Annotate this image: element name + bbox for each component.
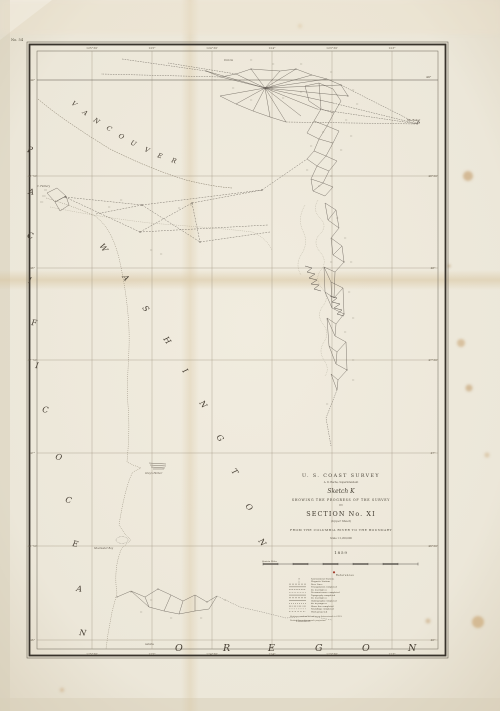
map-label: Gray's Harbor <box>145 472 163 475</box>
map-page: No. 54 49° 125°30'125°124°30'124°123°30'… <box>0 0 500 711</box>
tick-label-top: 124°30' <box>206 46 218 50</box>
map-svg: No. 54 49° 125°30'125°124°30'124°123°30'… <box>0 0 500 711</box>
tick-label-left: 48°30' <box>28 174 38 178</box>
title-showing: SHOWING THE PROGRESS OF THE SURVEY <box>292 498 390 502</box>
legend-row-label: Shore line completed <box>311 605 334 608</box>
plate-number: No. 54 <box>11 38 24 42</box>
title-year: 1859 <box>334 550 347 555</box>
tick-label-bottom: 125°30' <box>86 652 98 656</box>
spread-letter-oregon: R <box>222 643 230 654</box>
map-label: Astoria <box>144 643 154 646</box>
tick-label-top: 123°30' <box>326 46 338 50</box>
spread-letter-pacific: C <box>27 231 34 241</box>
tick-label-right: 48°30' <box>428 174 438 178</box>
legend-title: References <box>336 574 355 577</box>
horizontal-crease <box>0 270 500 290</box>
tick-label-right: 47° <box>430 451 436 455</box>
tick-label-left: 46°30' <box>28 544 38 548</box>
tick-label-right: 47°30' <box>428 358 438 362</box>
legend-row-label: Base Lines <box>311 584 322 586</box>
legend-row-label: Work projected <box>311 610 328 613</box>
title-sheet: (Upper Sheet) <box>331 519 351 523</box>
legend-red-dot <box>333 571 335 573</box>
tick-label-top: 123° <box>388 46 396 50</box>
legend-note: Stations marked in red were determined i… <box>290 615 343 618</box>
spread-letter-oregon: G <box>315 643 323 654</box>
legend-row-label: Astronomical Stations <box>310 577 334 580</box>
map-label: Mt. Baker <box>407 118 421 122</box>
title-section: SECTION No. XI <box>306 510 375 518</box>
title-agency: U. S. COAST SURVEY <box>302 473 380 479</box>
boundary-49-label: 49° <box>426 75 432 79</box>
tick-label-top: 125°30' <box>86 46 98 50</box>
legend-row-label: Triangulation completed <box>311 586 338 589</box>
map-label: Victoria <box>224 59 234 62</box>
spread-letter-oregon: E <box>267 643 275 654</box>
legend-row-label: do. in progress <box>311 598 327 600</box>
paper-background <box>0 0 500 711</box>
tick-label-left: 48° <box>30 266 36 270</box>
spread-letter-pacific: C <box>42 405 49 415</box>
title-scale: Scale 1:1,200,000 <box>330 537 352 540</box>
legend-row-label: Soundings completed <box>311 608 334 611</box>
vertical-crease <box>181 0 199 711</box>
tick-label-left: 47° <box>30 451 36 455</box>
paper-left-edge <box>0 0 10 711</box>
spread-letter-oregon: N <box>407 643 417 654</box>
tick-label-bottom: 124°30' <box>206 652 218 656</box>
tick-label-bottom: 123° <box>388 652 396 656</box>
legend-row-label: do. in progress <box>311 589 327 591</box>
spread-letter-oregon: O <box>175 643 183 654</box>
tick-label-top: 124° <box>268 46 276 50</box>
tick-label-left: 46° <box>30 638 36 642</box>
title-superintendent: A. D. Bache, Superintendent <box>323 481 359 484</box>
tick-label-right: 48° <box>430 266 436 270</box>
title-extent: FROM THE COLUMBIA RIVER TO THE BOUNDARY <box>290 528 393 532</box>
legend-row-label: Reconnaissance completed <box>311 591 340 594</box>
legend-note: Dotted lines show work projected. <box>289 619 326 622</box>
map-label: Shoalwater Bay <box>94 547 114 550</box>
title-sketch: Sketch K <box>327 488 355 495</box>
legend-row-label: Magnetic Stations <box>311 580 330 583</box>
tick-label-bottom: 125° <box>148 652 156 656</box>
tick-label-top: 125° <box>148 46 156 50</box>
scale-bar-caption: Statute Miles <box>262 560 278 563</box>
tick-label-right: 46° <box>430 638 436 642</box>
tick-label-right: 46°30' <box>428 544 438 548</box>
legend-row-label: do. in progress <box>311 603 327 605</box>
paper-bottom-edge <box>0 698 500 711</box>
top-tint <box>0 0 500 34</box>
spread-letter-oregon: O <box>362 643 370 654</box>
legend-row-label: Topography completed <box>311 594 336 597</box>
tick-label-left: 49° <box>30 78 36 82</box>
tick-label-bottom: 123°30' <box>326 652 338 656</box>
legend-row-label: Hydrography completed <box>311 599 337 602</box>
map-label: C. Flattery <box>37 185 51 188</box>
